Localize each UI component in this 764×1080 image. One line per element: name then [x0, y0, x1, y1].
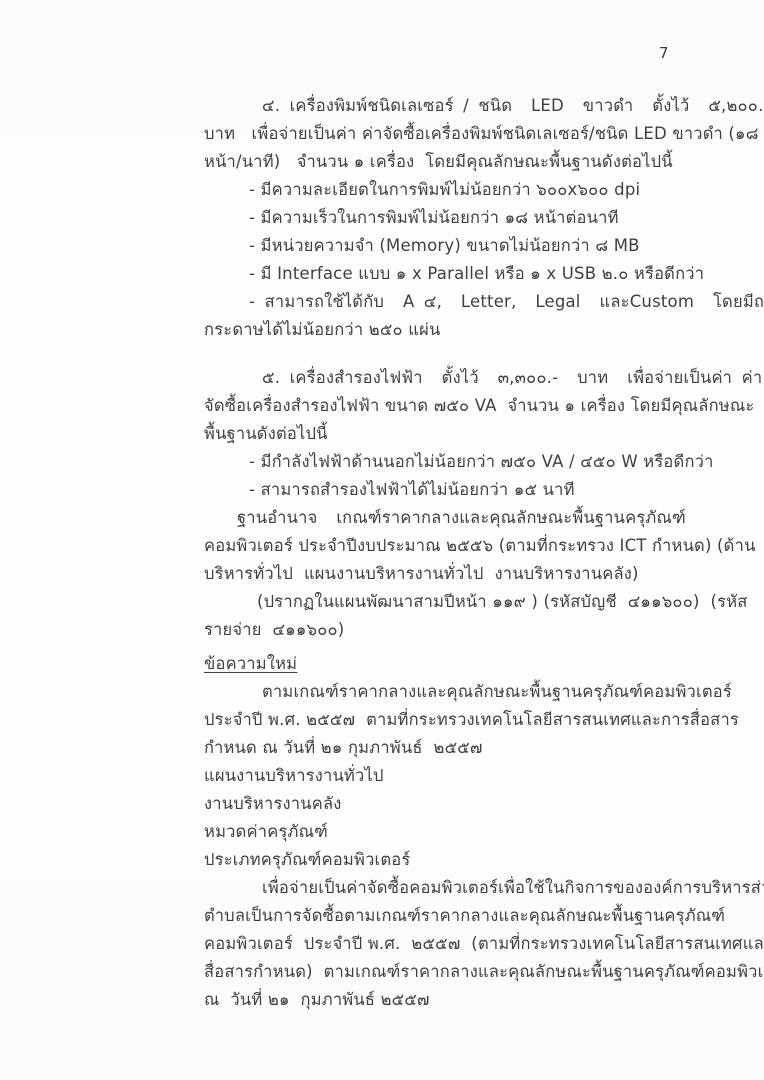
document-line: รายจ่าย ๔๑๑๖๐๐): [204, 616, 709, 644]
document-body: ๔. เครื่องพิมพ์ชนิดเลเซอร์ / ชนิด LED ขา…: [204, 92, 709, 1014]
document-line: ณ วันที่ ๒๑ กุมภาพันธ์ ๒๕๕๗: [204, 986, 709, 1014]
document-line: ๕. เครื่องสำรองไฟฟ้า ตั้งไว้ ๓,๓๐๐.- บาท…: [204, 364, 709, 392]
document-line: กำหนด ณ วันที่ ๒๑ กุมภาพันธ์ ๒๕๕๗: [204, 734, 709, 762]
document-line: ประเภทครุภัณฑ์คอมพิวเตอร์: [204, 846, 709, 874]
document-line: - มีความละเอียดในการพิมพ์ไม่น้อยกว่า ๖๐๐…: [204, 176, 709, 204]
document-line: งานบริหารงานคลัง: [204, 790, 709, 818]
document-line: จัดซื้อเครื่องสำรองไฟฟ้า ขนาด ๗๕๐ VA จำน…: [204, 392, 709, 420]
document-line: - สามารถสำรองไฟฟ้าได้ไม่น้อยกว่า ๑๕ นาที: [204, 476, 709, 504]
document-line: สื่อสารกำหนด) ตามเกณฑ์ราคากลางและคุณลักษ…: [204, 958, 709, 986]
document-line: แผนงานบริหารงานทั่วไป: [204, 762, 709, 790]
document-line: บาท เพื่อจ่ายเป็นค่า ค่าจัดซื้อเครื่องพิ…: [204, 120, 709, 148]
document-line: พื้นฐานดังต่อไปนี้: [204, 420, 709, 448]
document-line: ข้อความใหม่: [204, 650, 709, 678]
document-line: คอมพิวเตอร์ ประจำปี พ.ศ. ๒๕๕๗ (ตามที่กระ…: [204, 930, 709, 958]
document-line: หมวดค่าครุภัณฑ์: [204, 818, 709, 846]
document-line: คอมพิวเตอร์ ประจำปีงบประมาณ ๒๕๕๖ (ตามที่…: [204, 532, 709, 560]
document-line: - สามารถใช้ได้กับ A ๔, Letter, Legal และ…: [204, 288, 709, 316]
page-number: 7: [659, 44, 669, 62]
document-line: บริหารทั่วไป แผนงานบริหารงานทั่วไป งานบร…: [204, 560, 709, 588]
document-line: - มีกำลังไฟฟ้าด้านนอกไม่น้อยกว่า ๗๕๐ VA …: [204, 448, 709, 476]
document-line: - มี Interface แบบ ๑ x Parallel หรือ ๑ x…: [204, 260, 709, 288]
document-line: เพื่อจ่ายเป็นค่าจัดซื้อคอมพิวเตอร์เพื่อใ…: [204, 874, 709, 902]
document-line: ตำบลเป็นการจัดซื้อตามเกณฑ์ราคากลางและคุณ…: [204, 902, 709, 930]
document-page: 7 ๔. เครื่องพิมพ์ชนิดเลเซอร์ / ชนิด LED …: [0, 0, 764, 1080]
document-line: (ปรากฏในแผนพัฒนาสามปีหน้า ๑๑๙ ) (รหัสบัญ…: [204, 588, 709, 616]
document-line: ตามเกณฑ์ราคากลางและคุณลักษณะพื้นฐานครุภั…: [204, 678, 709, 706]
document-line: กระดาษได้ไม่น้อยกว่า ๒๕๐ แผ่น: [204, 316, 709, 344]
document-line: - มีหน่วยความจำ (Memory) ขนาดไม่น้อยกว่า…: [204, 232, 709, 260]
document-line: ฐานอำนาจ เกณฑ์ราคากลางและคุณลักษณะพื้นฐา…: [204, 504, 709, 532]
document-line: - มีความเร็วในการพิมพ์ไม่น้อยกว่า ๑๘ หน้…: [204, 204, 709, 232]
document-line: ประจำปี พ.ศ. ๒๕๕๗ ตามที่กระทรวงเทคโนโลยี…: [204, 706, 709, 734]
document-line: หน้า/นาที) จำนวน ๑ เครื่อง โดยมีคุณลักษณ…: [204, 148, 709, 176]
document-line: ๔. เครื่องพิมพ์ชนิดเลเซอร์ / ชนิด LED ขา…: [204, 92, 709, 120]
